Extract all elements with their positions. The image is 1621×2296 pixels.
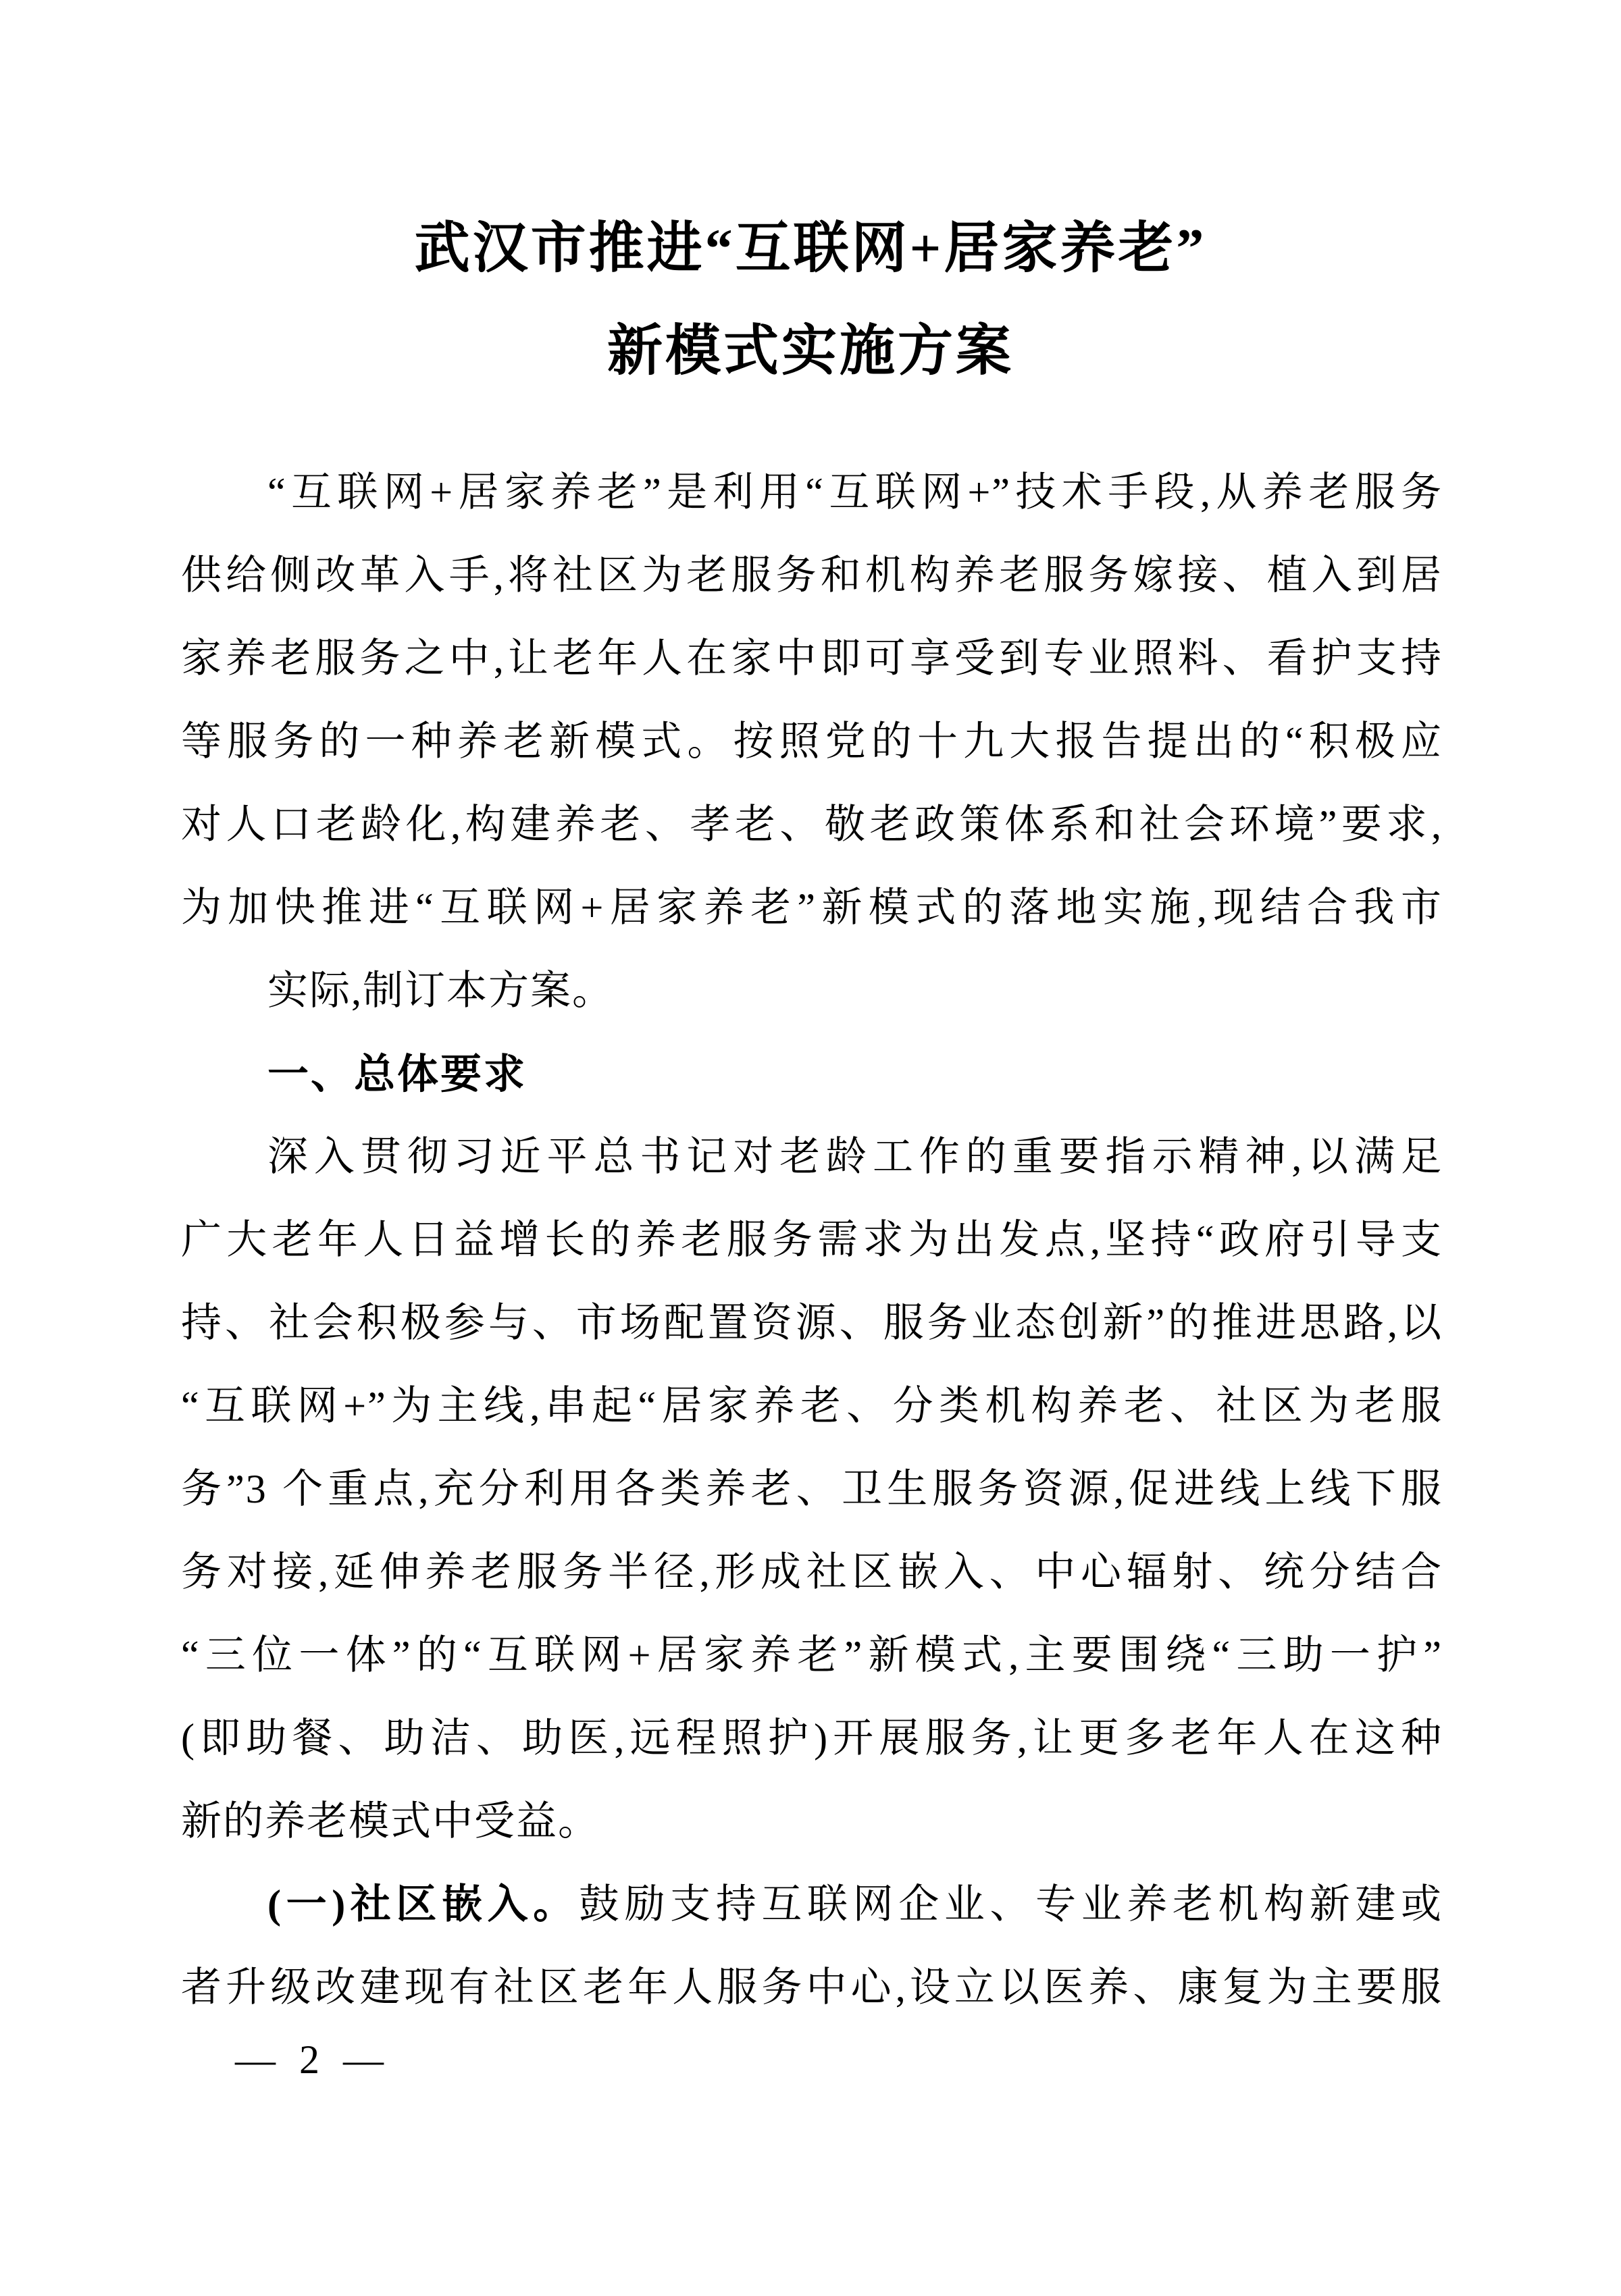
- body-line: 家养老服务之中,让老年人在家中即可享受到专业照料、看护支持: [181, 617, 1443, 700]
- item-1-community-embedding-paragraph: (一)社区嵌入。鼓励支持互联网企业、专业养老机构新建或 者升级改建现有社区老年人…: [181, 1863, 1443, 2029]
- document-body: “互联网+居家养老”是利用“互联网+”技术手段,从养老服务 供给侧改革入手,将社…: [181, 451, 1443, 2029]
- body-line: 者升级改建现有社区老年人服务中心,设立以医养、康复为主要服: [181, 1946, 1443, 2029]
- body-line: 深入贯彻习近平总书记对老龄工作的重要指示精神,以满足: [181, 1116, 1443, 1199]
- section-1-heading: 一、总体要求: [181, 1033, 1443, 1116]
- body-line: “互联网+居家养老”是利用“互联网+”技术手段,从养老服务: [181, 451, 1443, 534]
- body-line: 务”3 个重点,充分利用各类养老、卫生服务资源,促进线上线下服: [181, 1448, 1443, 1531]
- document-page: 武汉市推进“互联网+居家养老” 新模式实施方案 “互联网+居家养老”是利用“互联…: [0, 0, 1621, 2296]
- document-title: 武汉市推进“互联网+居家养老” 新模式实施方案: [0, 197, 1621, 402]
- title-line-1: 武汉市推进“互联网+居家养老”: [0, 197, 1621, 300]
- item-1-text: 鼓励支持互联网企业、专业养老机构新建或: [579, 1882, 1443, 1927]
- intro-paragraph: “互联网+居家养老”是利用“互联网+”技术手段,从养老服务 供给侧改革入手,将社…: [181, 451, 1443, 1033]
- body-line: 务对接,延伸养老服务半径,形成社区嵌入、中心辐射、统分结合: [181, 1531, 1443, 1614]
- body-line: (一)社区嵌入。鼓励支持互联网企业、专业养老机构新建或: [181, 1863, 1443, 1946]
- body-line: 为加快推进“互联网+居家养老”新模式的落地实施,现结合我市: [181, 866, 1443, 949]
- body-line: 持、社会积极参与、市场配置资源、服务业态创新”的推进思路,以: [181, 1282, 1443, 1365]
- body-line: “三位一体”的“互联网+居家养老”新模式,主要围绕“三助一护”: [181, 1614, 1443, 1697]
- body-line: 等服务的一种养老新模式。按照党的十九大报告提出的“积极应: [181, 700, 1443, 783]
- body-line: “互联网+”为主线,串起“居家养老、分类机构养老、社区为老服: [181, 1365, 1443, 1448]
- body-line: 实际,制订本方案。: [181, 949, 1443, 1033]
- body-line: 对人口老龄化,构建养老、孝老、敬老政策体系和社会环境”要求,: [181, 783, 1443, 866]
- body-line: 广大老年人日益增长的养老服务需求为出发点,坚持“政府引导支: [181, 1199, 1443, 1282]
- body-line: 新的养老模式中受益。: [181, 1780, 1443, 1863]
- title-line-2: 新模式实施方案: [0, 300, 1621, 402]
- body-line: (即助餐、助洁、助医,远程照护)开展服务,让更多老年人在这种: [181, 1697, 1443, 1780]
- page-number: — 2 —: [235, 2037, 390, 2083]
- item-1-lead: (一)社区嵌入。: [267, 1882, 579, 1927]
- body-line: 供给侧改革入手,将社区为老服务和机构养老服务嫁接、植入到居: [181, 534, 1443, 617]
- overall-requirements-paragraph: 深入贯彻习近平总书记对老龄工作的重要指示精神,以满足 广大老年人日益增长的养老服…: [181, 1116, 1443, 1863]
